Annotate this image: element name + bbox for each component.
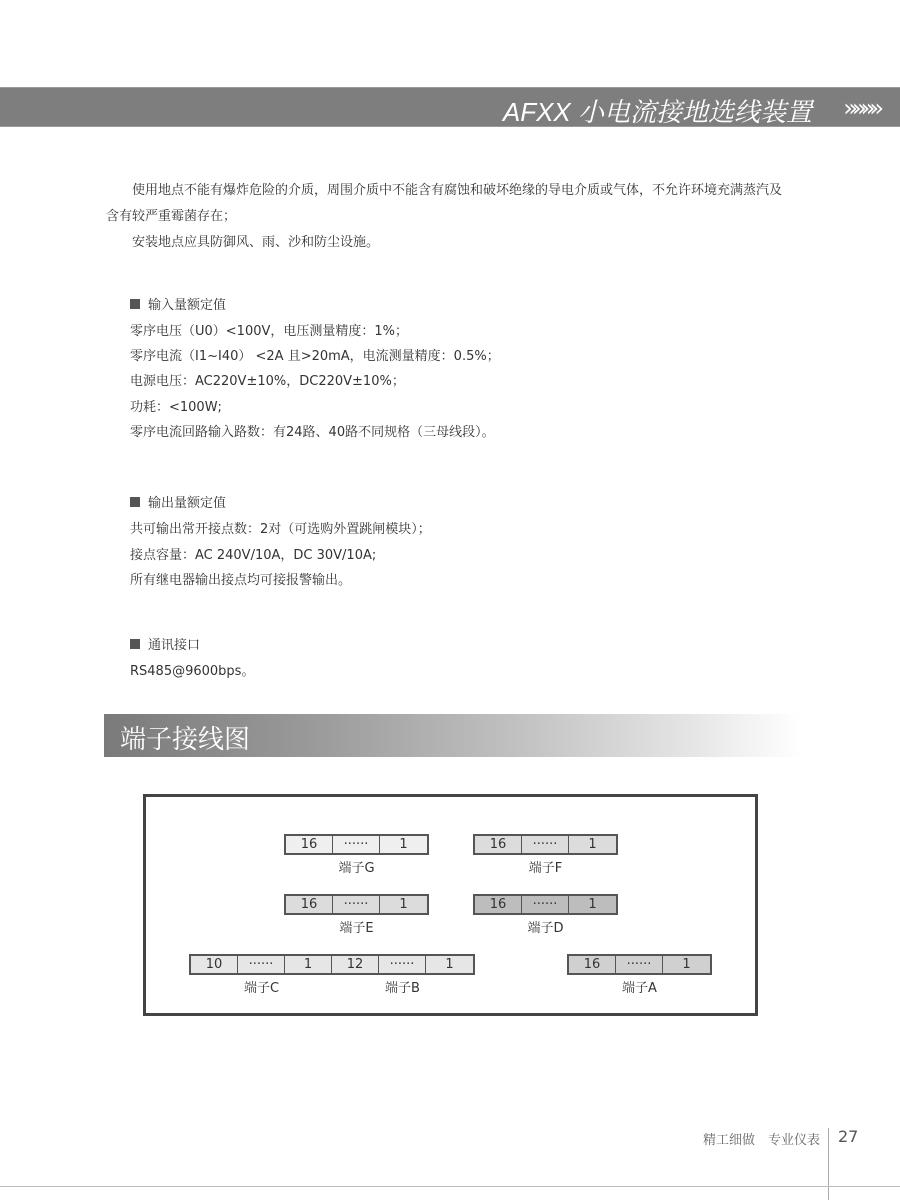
square-bullet-icon bbox=[130, 639, 140, 649]
terminal-cell: 16 bbox=[475, 836, 522, 853]
spec-line: 电源电压：AC220V±10%，DC220V±10%； bbox=[130, 370, 405, 389]
terminal-label-d: 端子D bbox=[473, 917, 618, 936]
terminal-cell: 16 bbox=[286, 896, 333, 913]
spec-line: 零序电流回路输入路数：有24路、40路不同规格（三母线段）。 bbox=[130, 421, 495, 440]
footer-rule bbox=[0, 1186, 900, 1187]
header-band: AFXX 小电流接地选线装置 »»»» bbox=[0, 87, 900, 127]
section-heading-label: 通讯接口 bbox=[148, 638, 200, 653]
terminal-cell: 1 bbox=[663, 956, 710, 973]
spec-line: 零序电压（U0）<100V，电压测量精度：1%； bbox=[130, 320, 408, 339]
terminal-block-d: 16 ······ 1 bbox=[473, 894, 618, 915]
terminal-cell: 1 bbox=[426, 956, 473, 973]
section-heading-label: 输出量额定值 bbox=[148, 496, 226, 511]
terminal-block-a: 16 ······ 1 bbox=[567, 954, 712, 975]
spec-line: 接点容量：AC 240V/10A，DC 30V/10A; bbox=[130, 544, 376, 563]
terminal-block-c-b: 10 ······ 1 12 ······ 1 bbox=[189, 954, 475, 975]
terminal-cell: ······ bbox=[616, 956, 663, 973]
section-heading-label: 输入量额定值 bbox=[148, 298, 226, 313]
terminal-cell: 1 bbox=[380, 896, 427, 913]
square-bullet-icon bbox=[130, 497, 140, 507]
terminal-label-f: 端子F bbox=[473, 857, 618, 876]
intro-paragraph: 安装地点应具防御风、雨、沙和防尘设施。 bbox=[106, 230, 786, 256]
terminal-cell: ······ bbox=[333, 896, 380, 913]
terminal-label-c: 端子C bbox=[189, 977, 334, 996]
terminal-cell: 1 bbox=[569, 836, 616, 853]
chevrons-icon: »»»» bbox=[843, 94, 878, 122]
terminal-label-b: 端子B bbox=[330, 977, 475, 996]
terminal-cell: 12 bbox=[332, 956, 379, 973]
diagram-section-title: 端子接线图 bbox=[120, 719, 250, 756]
spec-line: 功耗：<100W; bbox=[130, 396, 222, 415]
footer-slogan: 精工细做 专业仪表 bbox=[703, 1129, 820, 1148]
page-number: 27 bbox=[838, 1127, 858, 1146]
terminal-cell: 10 bbox=[191, 956, 238, 973]
terminal-cell: ······ bbox=[522, 836, 569, 853]
spec-line: RS485@9600bps。 bbox=[130, 660, 254, 679]
terminal-cell: 1 bbox=[380, 836, 427, 853]
section-heading-comm: 通讯接口 bbox=[130, 634, 200, 653]
terminal-label-g: 端子G bbox=[284, 857, 429, 876]
terminal-block-g: 16 ······ 1 bbox=[284, 834, 429, 855]
intro-text: 使用地点不能有爆炸危险的介质，周围介质中不能含有腐蚀和破坏绝缘的导电介质或气体，… bbox=[106, 178, 786, 256]
terminal-cell: 1 bbox=[569, 896, 616, 913]
intro-paragraph: 使用地点不能有爆炸危险的介质，周围介质中不能含有腐蚀和破坏绝缘的导电介质或气体，… bbox=[106, 178, 786, 230]
terminal-cell: 1 bbox=[285, 956, 332, 973]
terminal-cell: ······ bbox=[522, 896, 569, 913]
footer-divider bbox=[828, 1128, 829, 1200]
terminal-cell: ······ bbox=[379, 956, 426, 973]
spec-line: 所有继电器输出接点均可接报警输出。 bbox=[130, 569, 351, 588]
terminal-cell: 16 bbox=[286, 836, 333, 853]
terminal-cell: ······ bbox=[238, 956, 285, 973]
terminal-cell: 16 bbox=[475, 896, 522, 913]
spec-line: 零序电流（I1~I40） <2A 且>20mA，电流测量精度：0.5%； bbox=[130, 345, 500, 364]
page-title: AFXX 小电流接地选线装置 bbox=[503, 92, 812, 129]
terminal-cell: 16 bbox=[569, 956, 616, 973]
square-bullet-icon bbox=[130, 299, 140, 309]
terminal-label-e: 端子E bbox=[284, 917, 429, 936]
spec-line: 共可输出常开接点数：2对（可选购外置跳闸模块）； bbox=[130, 518, 431, 537]
terminal-block-e: 16 ······ 1 bbox=[284, 894, 429, 915]
terminal-cell: ······ bbox=[333, 836, 380, 853]
diagram-section-band: 端子接线图 bbox=[104, 714, 800, 757]
terminal-block-f: 16 ······ 1 bbox=[473, 834, 618, 855]
terminal-label-a: 端子A bbox=[567, 977, 712, 996]
section-heading-input: 输入量额定值 bbox=[130, 294, 226, 313]
section-heading-output: 输出量额定值 bbox=[130, 492, 226, 511]
